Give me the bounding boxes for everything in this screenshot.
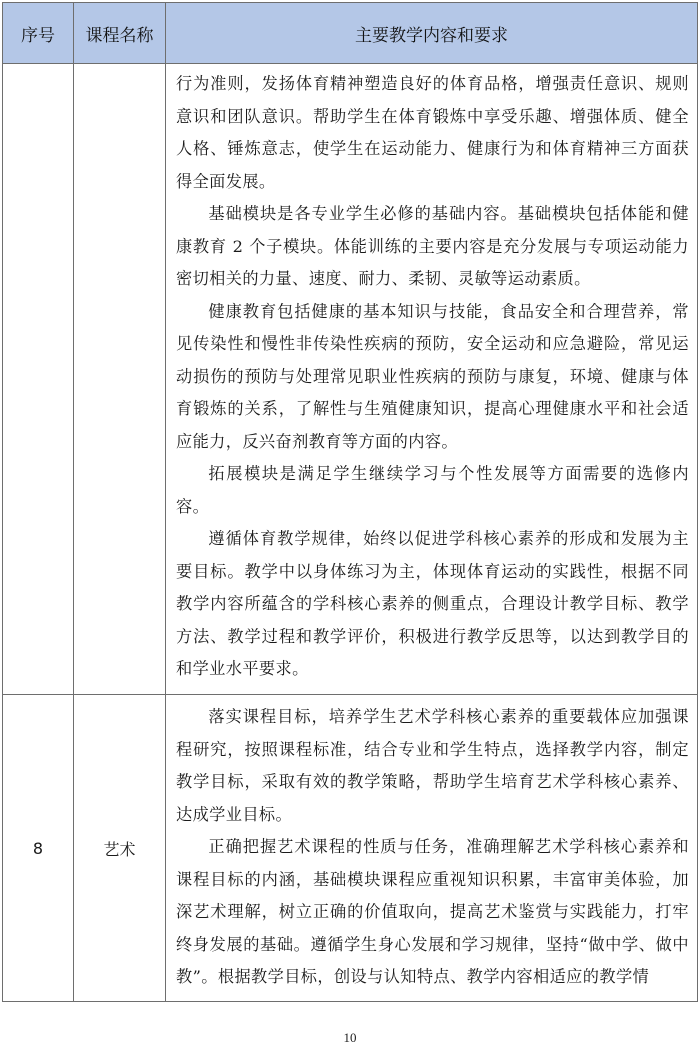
content-paragraph: 遵循体育教学规律，始终以促进学科核心素养的形成和发展为主要目标。教学中以身体练习…	[176, 523, 689, 686]
content-paragraph: 拓展模块是满足学生继续学习与个性发展等方面需要的选修内容。	[176, 458, 689, 523]
header-content: 主要教学内容和要求	[166, 3, 698, 64]
page-number: 10	[0, 1030, 700, 1046]
table-row: 8 艺术 落实课程目标，培养学生艺术学科核心素养的重要载体应加强课程研究，按照课…	[3, 695, 698, 1002]
course-content: 落实课程目标，培养学生艺术学科核心素养的重要载体应加强课程研究，按照课程标准，结…	[166, 695, 698, 1002]
table-header-row: 序号 课程名称 主要教学内容和要求	[3, 3, 698, 64]
course-table: 序号 课程名称 主要教学内容和要求 行为准则，发扬体育精神塑造良好的体育品格，增…	[2, 2, 698, 1002]
content-paragraph: 落实课程目标，培养学生艺术学科核心素养的重要载体应加强课程研究，按照课程标准，结…	[176, 701, 689, 831]
content-paragraph: 行为准则，发扬体育精神塑造良好的体育品格，增强责任意识、规则意识和团队意识。帮助…	[176, 68, 689, 198]
course-name	[74, 64, 166, 695]
row-number: 8	[3, 695, 74, 1002]
header-course-name: 课程名称	[74, 3, 166, 64]
header-no: 序号	[3, 3, 74, 64]
content-paragraph: 健康教育包括健康的基本知识与技能，食品安全和合理营养，常见传染性和慢性非传染性疾…	[176, 296, 689, 459]
course-name: 艺术	[74, 695, 166, 1002]
table-row: 行为准则，发扬体育精神塑造良好的体育品格，增强责任意识、规则意识和团队意识。帮助…	[3, 64, 698, 695]
row-number	[3, 64, 74, 695]
course-content: 行为准则，发扬体育精神塑造良好的体育品格，增强责任意识、规则意识和团队意识。帮助…	[166, 64, 698, 695]
content-paragraph: 基础模块是各专业学生必修的基础内容。基础模块包括体能和健康教育 2 个子模块。体…	[176, 198, 689, 296]
content-paragraph: 正确把握艺术课程的性质与任务，准确理解艺术学科核心素养和课程目标的内涵，基础模块…	[176, 831, 689, 994]
